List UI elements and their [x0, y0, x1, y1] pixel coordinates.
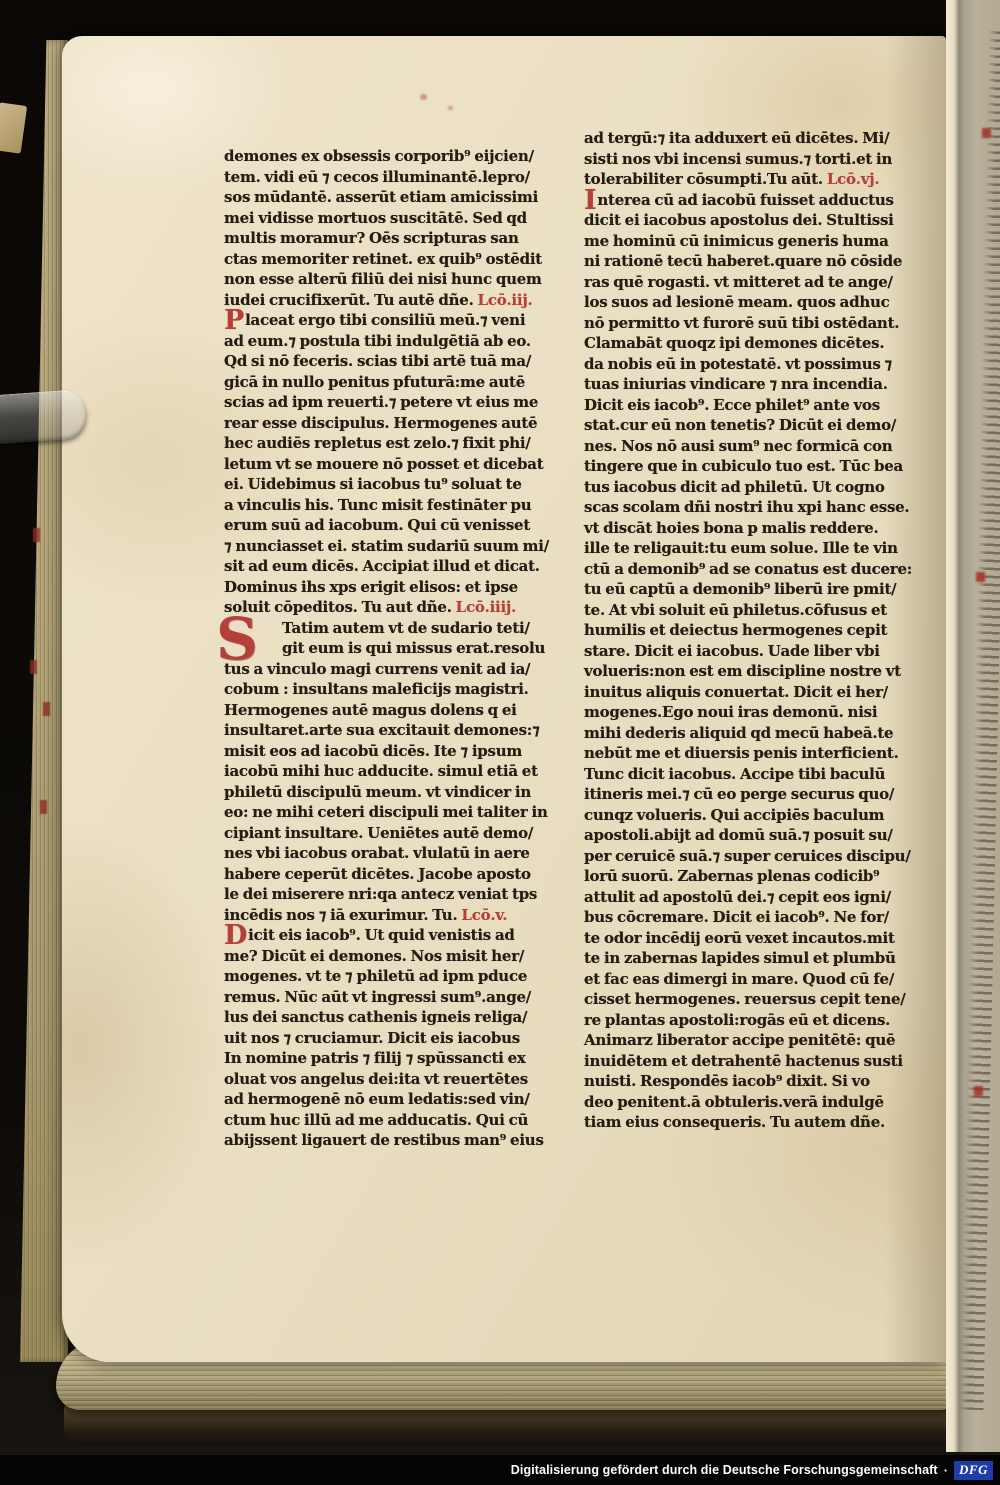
text-line: sit ad eum dicēs. Accipiat illud et dica…: [224, 556, 554, 577]
text-line: tus iacobus dicit ad philetū. Ut cogno: [584, 477, 922, 498]
fore-edge-mark: [43, 702, 50, 716]
text-line: iudei crucifixerūt. Tu autē dñe. Lcō.iij…: [224, 290, 554, 311]
text-line: cipiant insultare. Ueniētes autē demo/: [224, 823, 554, 844]
text-line: cobum : insultans maleficijs magistri.: [224, 679, 554, 700]
text-line: Dicit eis iacob⁹. Ecce philet⁹ ante vos: [584, 395, 922, 416]
text-line: ni rationē tecū haberet.quare nō cōside: [584, 251, 922, 272]
text-line: re plantas apostoli:rogās eū et dicens.: [584, 1010, 922, 1031]
text-line: lus dei sanctus cathenis igneis religa/: [224, 1007, 554, 1028]
text-line: gicā in nullo penitus pfuturā:me autē: [224, 372, 554, 393]
text-line: apostoli.abijt ad domū suā.⁊ posuit su/: [584, 825, 922, 846]
text-line: incēdis nos ⁊ iā exurimur. Tu. Lcō.v.: [224, 905, 554, 926]
fore-edge-mark: [40, 800, 47, 814]
text-line: mogenes.Ego noui iras demonū. nisi: [584, 702, 922, 723]
text-line: Dominus ihs xps erigit elisos: et ipse: [224, 577, 554, 598]
text-line: nō permitto vt furorē suū tibi ostēdant.: [584, 313, 922, 334]
text-line: deo penitent.ā obtuleris.verā indulgē: [584, 1092, 922, 1113]
plastic-page-clip: [0, 389, 88, 444]
text-line: inuitus aliquis conuertat. Dicit ei her/: [584, 682, 922, 703]
text-line: hec audiēs repletus est zelo.⁊ fixit phi…: [224, 433, 554, 454]
text-line: scas scolam dñi nostri ihu xpi hanc esse…: [584, 497, 922, 518]
text-line: rear esse discipulus. Hermogenes autē: [224, 413, 554, 434]
text-line: non esse alterū filiū dei nisi hunc quem: [224, 269, 554, 290]
text-line: ⁊ nunciasset ei. statim sudariū suum mi/: [224, 536, 554, 557]
text-line: Dicit eis iacob⁹. Ut quid venistis ad: [224, 925, 554, 946]
text-line: me? Dicūt ei demones. Nos misit her/: [224, 946, 554, 967]
text-line: tingere que in cubiculo tuo est. Tūc bea: [584, 456, 922, 477]
text-line: mei vidisse mortuos suscitātē. Sed qd: [224, 208, 554, 229]
text-line: letum vt se mouere nō posset et dicebat: [224, 454, 554, 475]
text-line: stare. Dicit ei iacobus. Uade liber vbi: [584, 641, 922, 662]
text-line: nuisti. Respondēs iacob⁹ dixit. Si vo: [584, 1071, 922, 1092]
text-line: ctas memoriter retinet. ex quib⁹ ostēdit: [224, 249, 554, 270]
text-line: ctū a demonib⁹ ad se conatus est ducere:: [584, 559, 922, 580]
text-line: Qd si nō feceris. scias tibi artē tuā ma…: [224, 351, 554, 372]
text-line: dicit ei iacobus apostolus dei. Stultiss…: [584, 210, 922, 231]
text-line: nes. Nos nō ausi sum⁹ nec formicā con: [584, 436, 922, 457]
footer-bar: Digitalisierung gefördert durch die Deut…: [0, 1455, 1000, 1485]
text-line: tiam eius consequeris. Tu autem dñe.: [584, 1112, 922, 1133]
text-line: itineris mei.⁊ cū eo perge securus quo/: [584, 784, 922, 805]
bookmark-tab: [0, 102, 27, 153]
dfg-logo: DFG: [954, 1461, 993, 1480]
fore-edge-mark: [33, 528, 40, 542]
fore-edge-left: [20, 40, 68, 1362]
text-line: In nomine patris ⁊ filij ⁊ spūssancti ex: [224, 1048, 554, 1069]
text-line: cisset hermogenes. reuersus cepit tene/: [584, 989, 922, 1010]
adjacent-page-right: [946, 0, 1000, 1452]
text-line: erum suū ad iacobum. Qui cū venisset: [224, 515, 554, 536]
text-line: ei. Uidebimus si iacobus tu⁹ soluat te: [224, 474, 554, 495]
text-line: tu eū captū a demonib⁹ liberū ire pmit/: [584, 579, 922, 600]
drop-cap-initial: S: [216, 608, 276, 674]
text-line: insultaret.arte sua excitauit demones:⁊: [224, 720, 554, 741]
text-line: stat.cur eū non tenetis? Dicūt ei demo/: [584, 415, 922, 436]
text-line: a vinculis his. Tunc misit festināter pu: [224, 495, 554, 516]
text-line: scias ad ipm reuerti.⁊ petere vt eius me: [224, 392, 554, 413]
footer-credit-text: Digitalisierung gefördert durch die Deut…: [511, 1463, 938, 1477]
text-line: me hominū cū inimicus generis huma: [584, 231, 922, 252]
adjacent-page-rubric-mark: [982, 128, 991, 138]
text-line: Interea cū ad iacobū fuisset adductus: [584, 190, 922, 211]
text-line: humilis et deiectus hermogenes cepit: [584, 620, 922, 641]
text-line: remus. Nūc aūt vt ingressi sum⁹.ange/: [224, 987, 554, 1008]
adjacent-page-rubric-mark: [976, 572, 985, 582]
text-line: te odor incēdij eorū vexet incautos.mit: [584, 928, 922, 949]
text-line: Hermogenes autē magus dolens q ei: [224, 700, 554, 721]
adjacent-page-rubric-mark: [974, 1086, 983, 1096]
text-line: tem. vidi eū ⁊ cecos illuminantē.lepro/: [224, 167, 554, 188]
text-line: tolerabiliter cōsumpti.Tu aūt. Lcō.vj.: [584, 169, 922, 190]
adjacent-page-text-edge: [960, 30, 1000, 1410]
ink-bleed-mark: [448, 106, 453, 110]
text-line: mogenes. vt te ⁊ philetū ad ipm pduce: [224, 966, 554, 987]
text-line: tuas iniurias vindicare ⁊ nra incendia.: [584, 374, 922, 395]
text-line: philetū discipulū meum. vt vindicer in: [224, 782, 554, 803]
text-line: iacobū mihi huc adducite. simul etiā et: [224, 761, 554, 782]
text-line: ad tergū:⁊ ita adduxert eū dicētes. Mi/: [584, 128, 922, 149]
text-line: misit eos ad iacobū dicēs. Ite ⁊ ipsum: [224, 741, 554, 762]
text-line: le dei miserere nri:qa antecz veniat tps: [224, 884, 554, 905]
footer-separator: ·: [944, 1463, 948, 1478]
text-line: Animarz liberator accipe penitētē: quē: [584, 1030, 922, 1051]
text-line: Tunc dicit iacobus. Accipe tibi baculū: [584, 764, 922, 785]
text-line: eo: ne mihi ceteri discipuli mei taliter…: [224, 802, 554, 823]
text-line: mihi dederis aliquid qd mecū habeā.te: [584, 723, 922, 744]
text-line: oluat vos angelus dei:ita vt reuertētes: [224, 1069, 554, 1090]
text-line: Placeat ergo tibi consiliū meū.⁊ veni: [224, 310, 554, 331]
text-line: inuidētem et detrahentē hactenus susti: [584, 1051, 922, 1072]
text-line: te. At vbi soluit eū philetus.cōfusus et: [584, 600, 922, 621]
text-line: abijssent ligauert de restibus man⁹ eius: [224, 1130, 554, 1151]
text-line: habere ceperūt dicētes. Jacobe aposto: [224, 864, 554, 885]
text-line: los suos ad lesionē meam. quos adhuc: [584, 292, 922, 313]
text-line: multis moramur? Oēs scripturas san: [224, 228, 554, 249]
text-line: ctum huc illū ad me adducatis. Qui cū: [224, 1110, 554, 1131]
text-line: volueris:non est em discipline nostre vt: [584, 661, 922, 682]
ink-bleed-mark: [420, 94, 427, 100]
text-line: attulit ad apostolū dei.⁊ cepit eos igni…: [584, 887, 922, 908]
text-line: bus cōcremare. Dicit ei iacob⁹. Ne for/: [584, 907, 922, 928]
text-line: et fac eas dimergi in mare. Quod cū fe/: [584, 969, 922, 990]
text-line: ad eum.⁊ postula tibi indulgētiā ab eo.: [224, 331, 554, 352]
text-line: cunqz volueris. Qui accipiēs baculum: [584, 805, 922, 826]
text-line: uit nos ⁊ cruciamur. Dicit eis iacobus: [224, 1028, 554, 1049]
text-line: ille te religauit:tu eum solue. Ille te …: [584, 538, 922, 559]
fore-edge-mark: [30, 660, 37, 674]
text-line: nebūt me et diuersis penis interficient.: [584, 743, 922, 764]
text-line: sos mūdantē. asserūt etiam amicissimi: [224, 187, 554, 208]
text-line: demones ex obsessis corporib⁹ eijcien/: [224, 146, 554, 167]
text-line: Clamabāt quoqz ipi demones dicētes.: [584, 333, 922, 354]
text-line: nes vbi iacobus orabat. vlulatū in aere: [224, 843, 554, 864]
text-line: per ceruicē suā.⁊ super ceruices discipu…: [584, 846, 922, 867]
scan-background: { "colors":{"rubric_red":"#b5403a","ink"…: [0, 0, 1000, 1485]
text-line: vt discāt hoies bona p malis reddere.: [584, 518, 922, 539]
text-column-left: S demones ex obsessis corporib⁹ eijcien/…: [224, 146, 554, 1156]
text-line: te in zabernas lapides simul et plumbū: [584, 948, 922, 969]
text-line: ras quē rogasti. vt mitteret ad te ange/: [584, 272, 922, 293]
text-line: ad hermogenē nō eum ledatis:sed vin/: [224, 1089, 554, 1110]
text-line: da nobis eū in potestatē. vt possimus ⁊: [584, 354, 922, 375]
text-column-right: ad tergū:⁊ ita adduxert eū dicētes. Mi/s…: [584, 128, 922, 1138]
text-line: lorū suorū. Zabernas plenas codicib⁹: [584, 866, 922, 887]
text-line: sisti nos vbi incensi sumus.⁊ torti.et i…: [584, 149, 922, 170]
